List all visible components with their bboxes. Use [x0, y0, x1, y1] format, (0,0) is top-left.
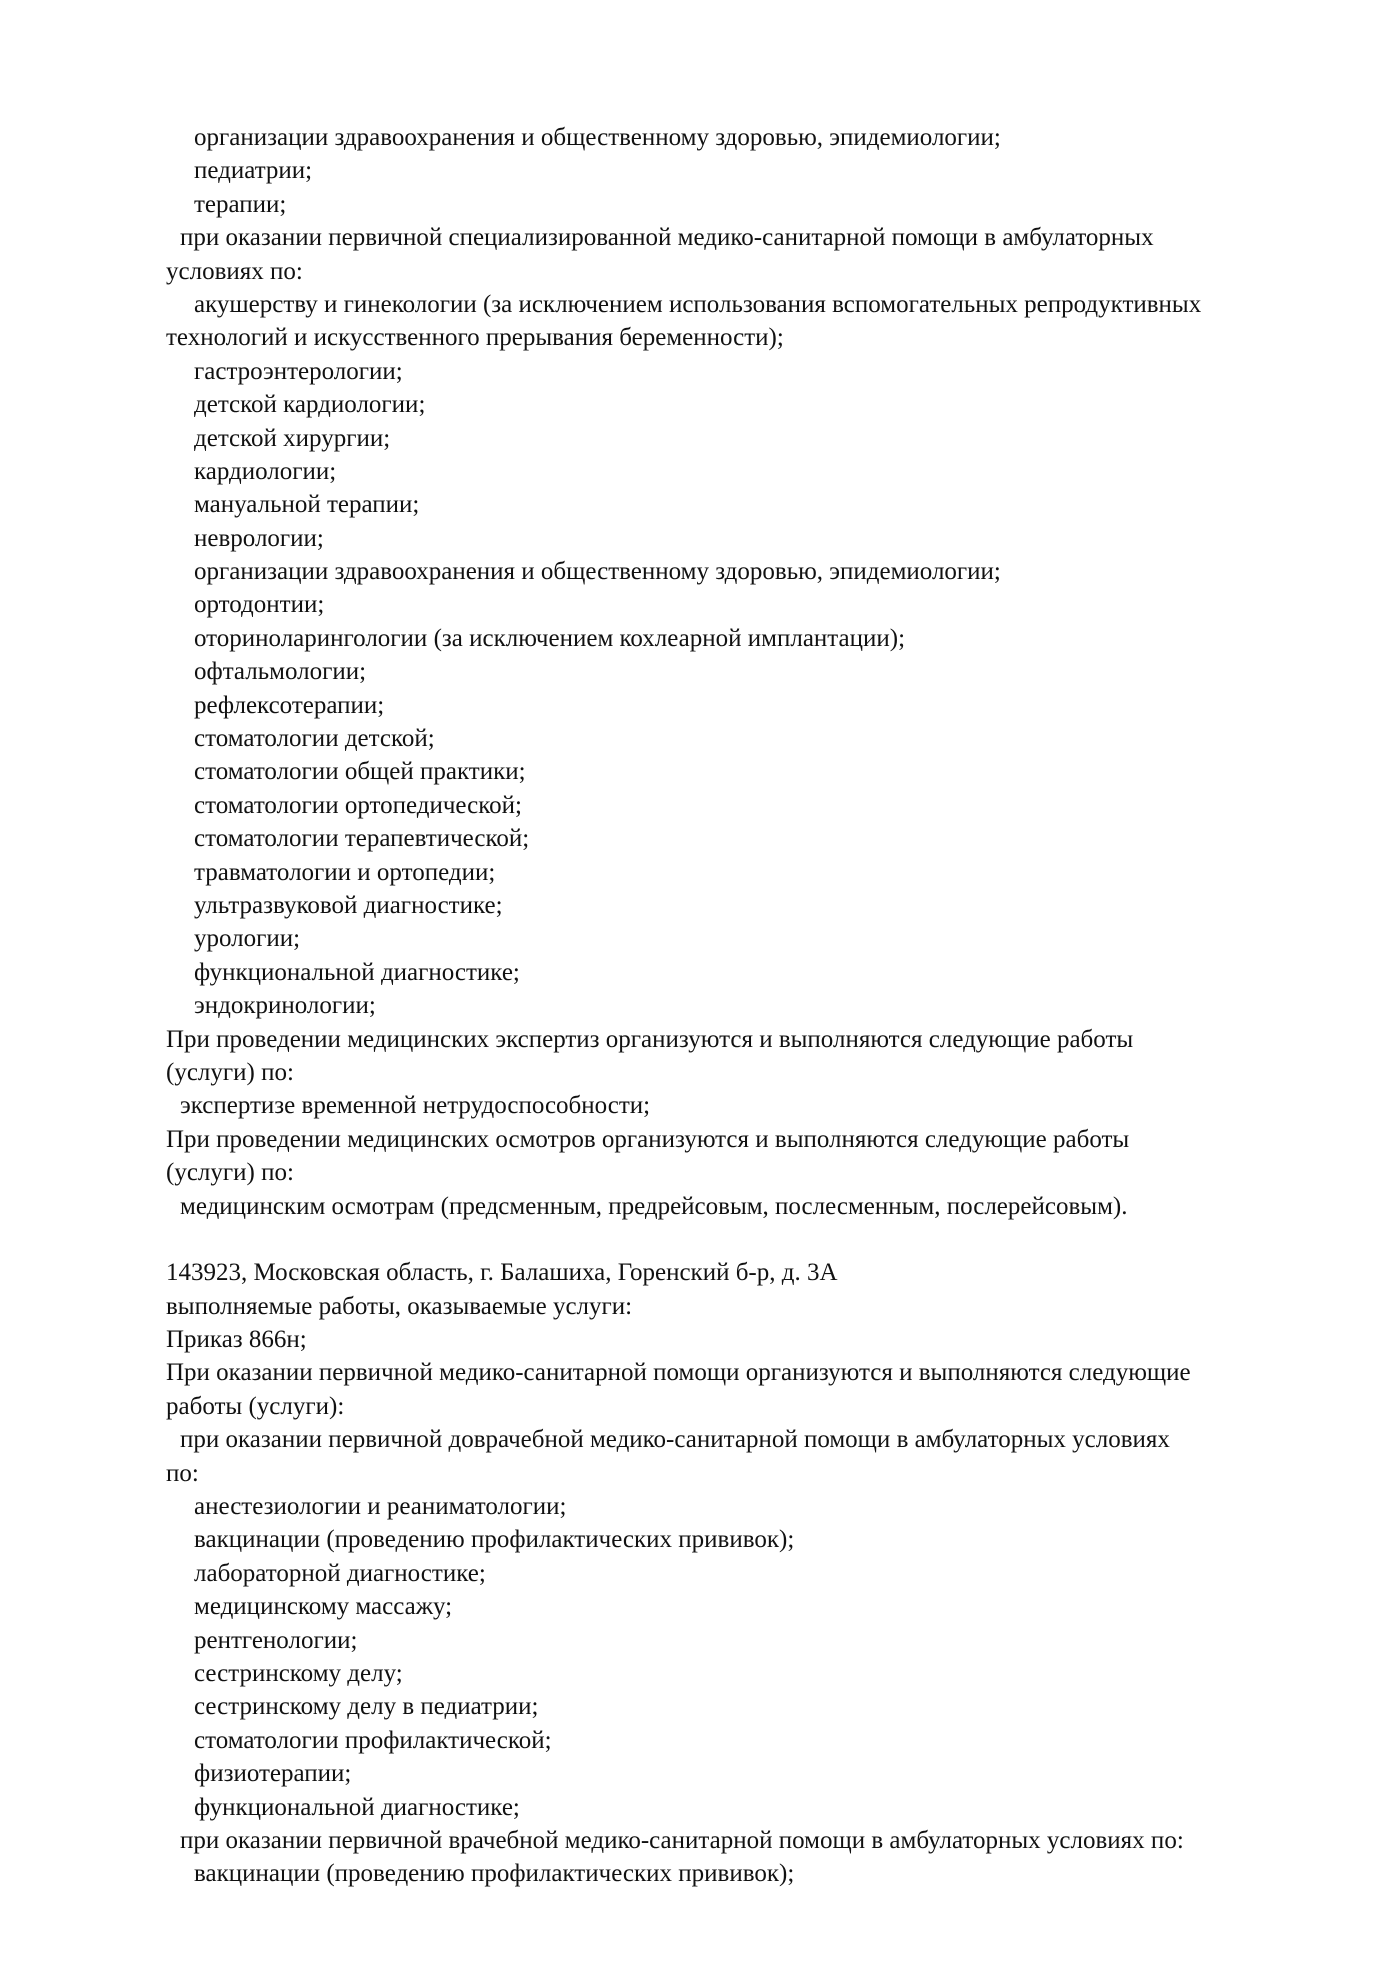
text-line: стоматологии терапевтической; — [0, 822, 1400, 855]
text-line: урологии; — [0, 922, 1400, 955]
text-line: стоматологии общей практики; — [0, 755, 1400, 788]
text-line: функциональной диагностике; — [0, 1791, 1400, 1824]
text-line: При проведении медицинских экспертиз орг… — [0, 1023, 1400, 1056]
text-line: детской хирургии; — [0, 422, 1400, 455]
text-line: при оказании первичной специализированно… — [0, 221, 1400, 254]
text-line: организации здравоохранения и общественн… — [0, 555, 1400, 588]
text-line: стоматологии детской; — [0, 722, 1400, 755]
text-line: работы (услуги): — [0, 1390, 1400, 1423]
text-line: физиотерапии; — [0, 1757, 1400, 1790]
text-line: При проведении медицинских осмотров орга… — [0, 1123, 1400, 1156]
text-line: ультразвуковой диагностике; — [0, 889, 1400, 922]
text-line: детской кардиологии; — [0, 388, 1400, 421]
text-line: терапии; — [0, 188, 1400, 221]
blank-line — [0, 1223, 1400, 1256]
text-line: эндокринологии; — [0, 989, 1400, 1022]
text-line: 143923, Московская область, г. Балашиха,… — [0, 1256, 1400, 1289]
text-line: сестринскому делу в педиатрии; — [0, 1690, 1400, 1723]
text-line: вакцинации (проведению профилактических … — [0, 1523, 1400, 1556]
text-line: экспертизе временной нетрудоспособности; — [0, 1089, 1400, 1122]
text-line: анестезиологии и реаниматологии; — [0, 1490, 1400, 1523]
text-line: травматологии и ортопедии; — [0, 856, 1400, 889]
text-line: педиатрии; — [0, 154, 1400, 187]
text-line: ортодонтии; — [0, 588, 1400, 621]
text-line: (услуги) по: — [0, 1156, 1400, 1189]
text-line: рефлексотерапии; — [0, 689, 1400, 722]
text-line: офтальмологии; — [0, 655, 1400, 688]
text-line: кардиологии; — [0, 455, 1400, 488]
text-line: организации здравоохранения и общественн… — [0, 121, 1400, 154]
text-line: (услуги) по: — [0, 1056, 1400, 1089]
text-line: условиях по: — [0, 255, 1400, 288]
text-line: стоматологии ортопедической; — [0, 789, 1400, 822]
text-line: акушерству и гинекологии (за исключением… — [0, 288, 1400, 321]
text-line: При оказании первичной медико-санитарной… — [0, 1356, 1400, 1389]
text-line: Приказ 866н; — [0, 1323, 1400, 1356]
document-page: организации здравоохранения и общественн… — [0, 121, 1400, 1891]
text-line: стоматологии профилактической; — [0, 1724, 1400, 1757]
text-line: лабораторной диагностике; — [0, 1557, 1400, 1590]
text-line: технологий и искусственного прерывания б… — [0, 321, 1400, 354]
text-line: медицинскому массажу; — [0, 1590, 1400, 1623]
text-line: медицинским осмотрам (предсменным, предр… — [0, 1190, 1400, 1223]
text-line: при оказании первичной врачебной медико-… — [0, 1824, 1400, 1857]
text-line: мануальной терапии; — [0, 488, 1400, 521]
text-line: оториноларингологии (за исключением кохл… — [0, 622, 1400, 655]
text-line: гастроэнтерологии; — [0, 355, 1400, 388]
text-line: рентгенологии; — [0, 1624, 1400, 1657]
text-line: неврологии; — [0, 522, 1400, 555]
text-line: выполняемые работы, оказываемые услуги: — [0, 1290, 1400, 1323]
text-line: по: — [0, 1457, 1400, 1490]
text-line: вакцинации (проведению профилактических … — [0, 1857, 1400, 1890]
text-line: при оказании первичной доврачебной медик… — [0, 1423, 1400, 1456]
text-line: функциональной диагностике; — [0, 956, 1400, 989]
text-line: сестринскому делу; — [0, 1657, 1400, 1690]
